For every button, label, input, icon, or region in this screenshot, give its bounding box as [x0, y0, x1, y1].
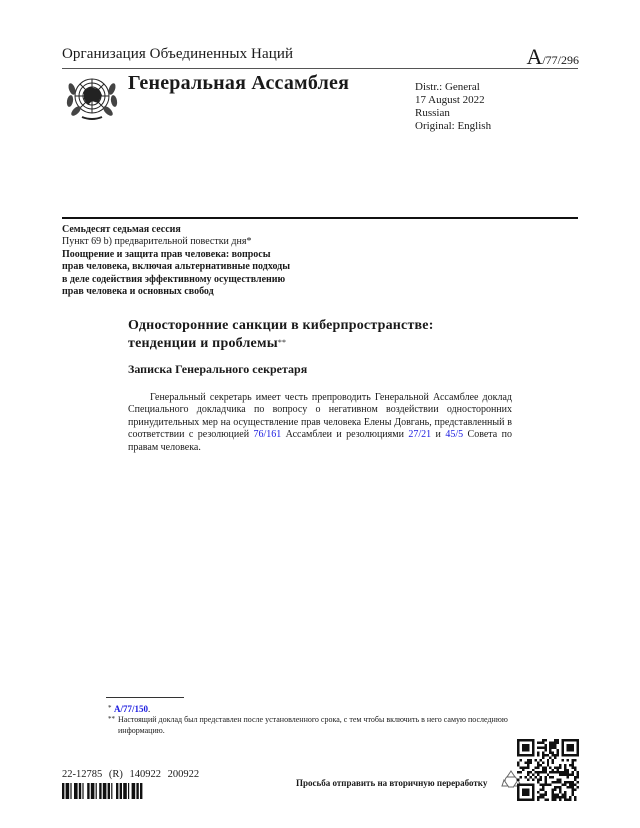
agenda-item: Пункт 69 b) предварительной повестки дня… — [62, 236, 362, 248]
agenda-title-line: в деле содействия эффективному осуществл… — [62, 274, 362, 286]
symbol-suffix: /77/296 — [542, 53, 579, 67]
distribution-date: 17 August 2022 — [415, 94, 491, 107]
distribution-info: Distr.: General 17 August 2022 Russian O… — [415, 81, 491, 133]
agenda-title-line: прав человека, включая альтернативные по… — [62, 261, 362, 273]
agenda-title-line: Поощрение и защита прав человека: вопрос… — [62, 249, 362, 261]
body-paragraph: Генеральный секретарь имеет честь препро… — [128, 392, 512, 454]
document-subtitle: Записка Генерального секретаря — [128, 362, 307, 377]
recycle-text: Просьба отправить на вторичную переработ… — [296, 778, 487, 788]
footnote-2: **Настоящий доклад был представлен после… — [118, 714, 510, 736]
barcode-icon — [62, 783, 170, 799]
document-number: 22-12785 (R) 140922 200922 — [62, 769, 199, 780]
title-line-1: Односторонние санкции в киберпространств… — [128, 317, 434, 334]
un-emblem-icon — [64, 73, 120, 123]
document-title: Односторонние санкции в киберпространств… — [128, 317, 434, 352]
section-rule — [62, 217, 578, 219]
body-name: Генеральная Ассамблея — [128, 72, 349, 95]
original-language: Original: English — [415, 120, 491, 133]
session-block: Семьдесят седьмая сессия Пункт 69 b) пре… — [62, 224, 362, 298]
organization-name: Организация Объединенных Наций — [62, 46, 293, 63]
resolution-link-76-161[interactable]: 76/161 — [253, 429, 281, 440]
title-footnote-mark: ** — [278, 338, 286, 347]
document-symbol: A/77/296 — [526, 44, 579, 70]
agenda-title-line: прав человека и основных свобод — [62, 286, 362, 298]
symbol-prefix: A — [526, 44, 542, 69]
resolution-link-45-5[interactable]: 45/5 — [445, 429, 463, 440]
qr-code-icon — [517, 739, 579, 801]
footnote-rule — [106, 697, 184, 698]
resolution-link-27-21[interactable]: 27/21 — [408, 429, 431, 440]
title-line-2: тенденции и проблемы — [128, 336, 278, 351]
header-rule — [62, 68, 578, 69]
footnote-link-a-77-150[interactable]: A/77/150 — [114, 704, 148, 714]
session-line: Семьдесят седьмая сессия — [62, 224, 362, 236]
distribution-type: Distr.: General — [415, 81, 491, 94]
footnote-1: *A/77/150. — [114, 704, 150, 714]
distribution-language: Russian — [415, 107, 491, 120]
